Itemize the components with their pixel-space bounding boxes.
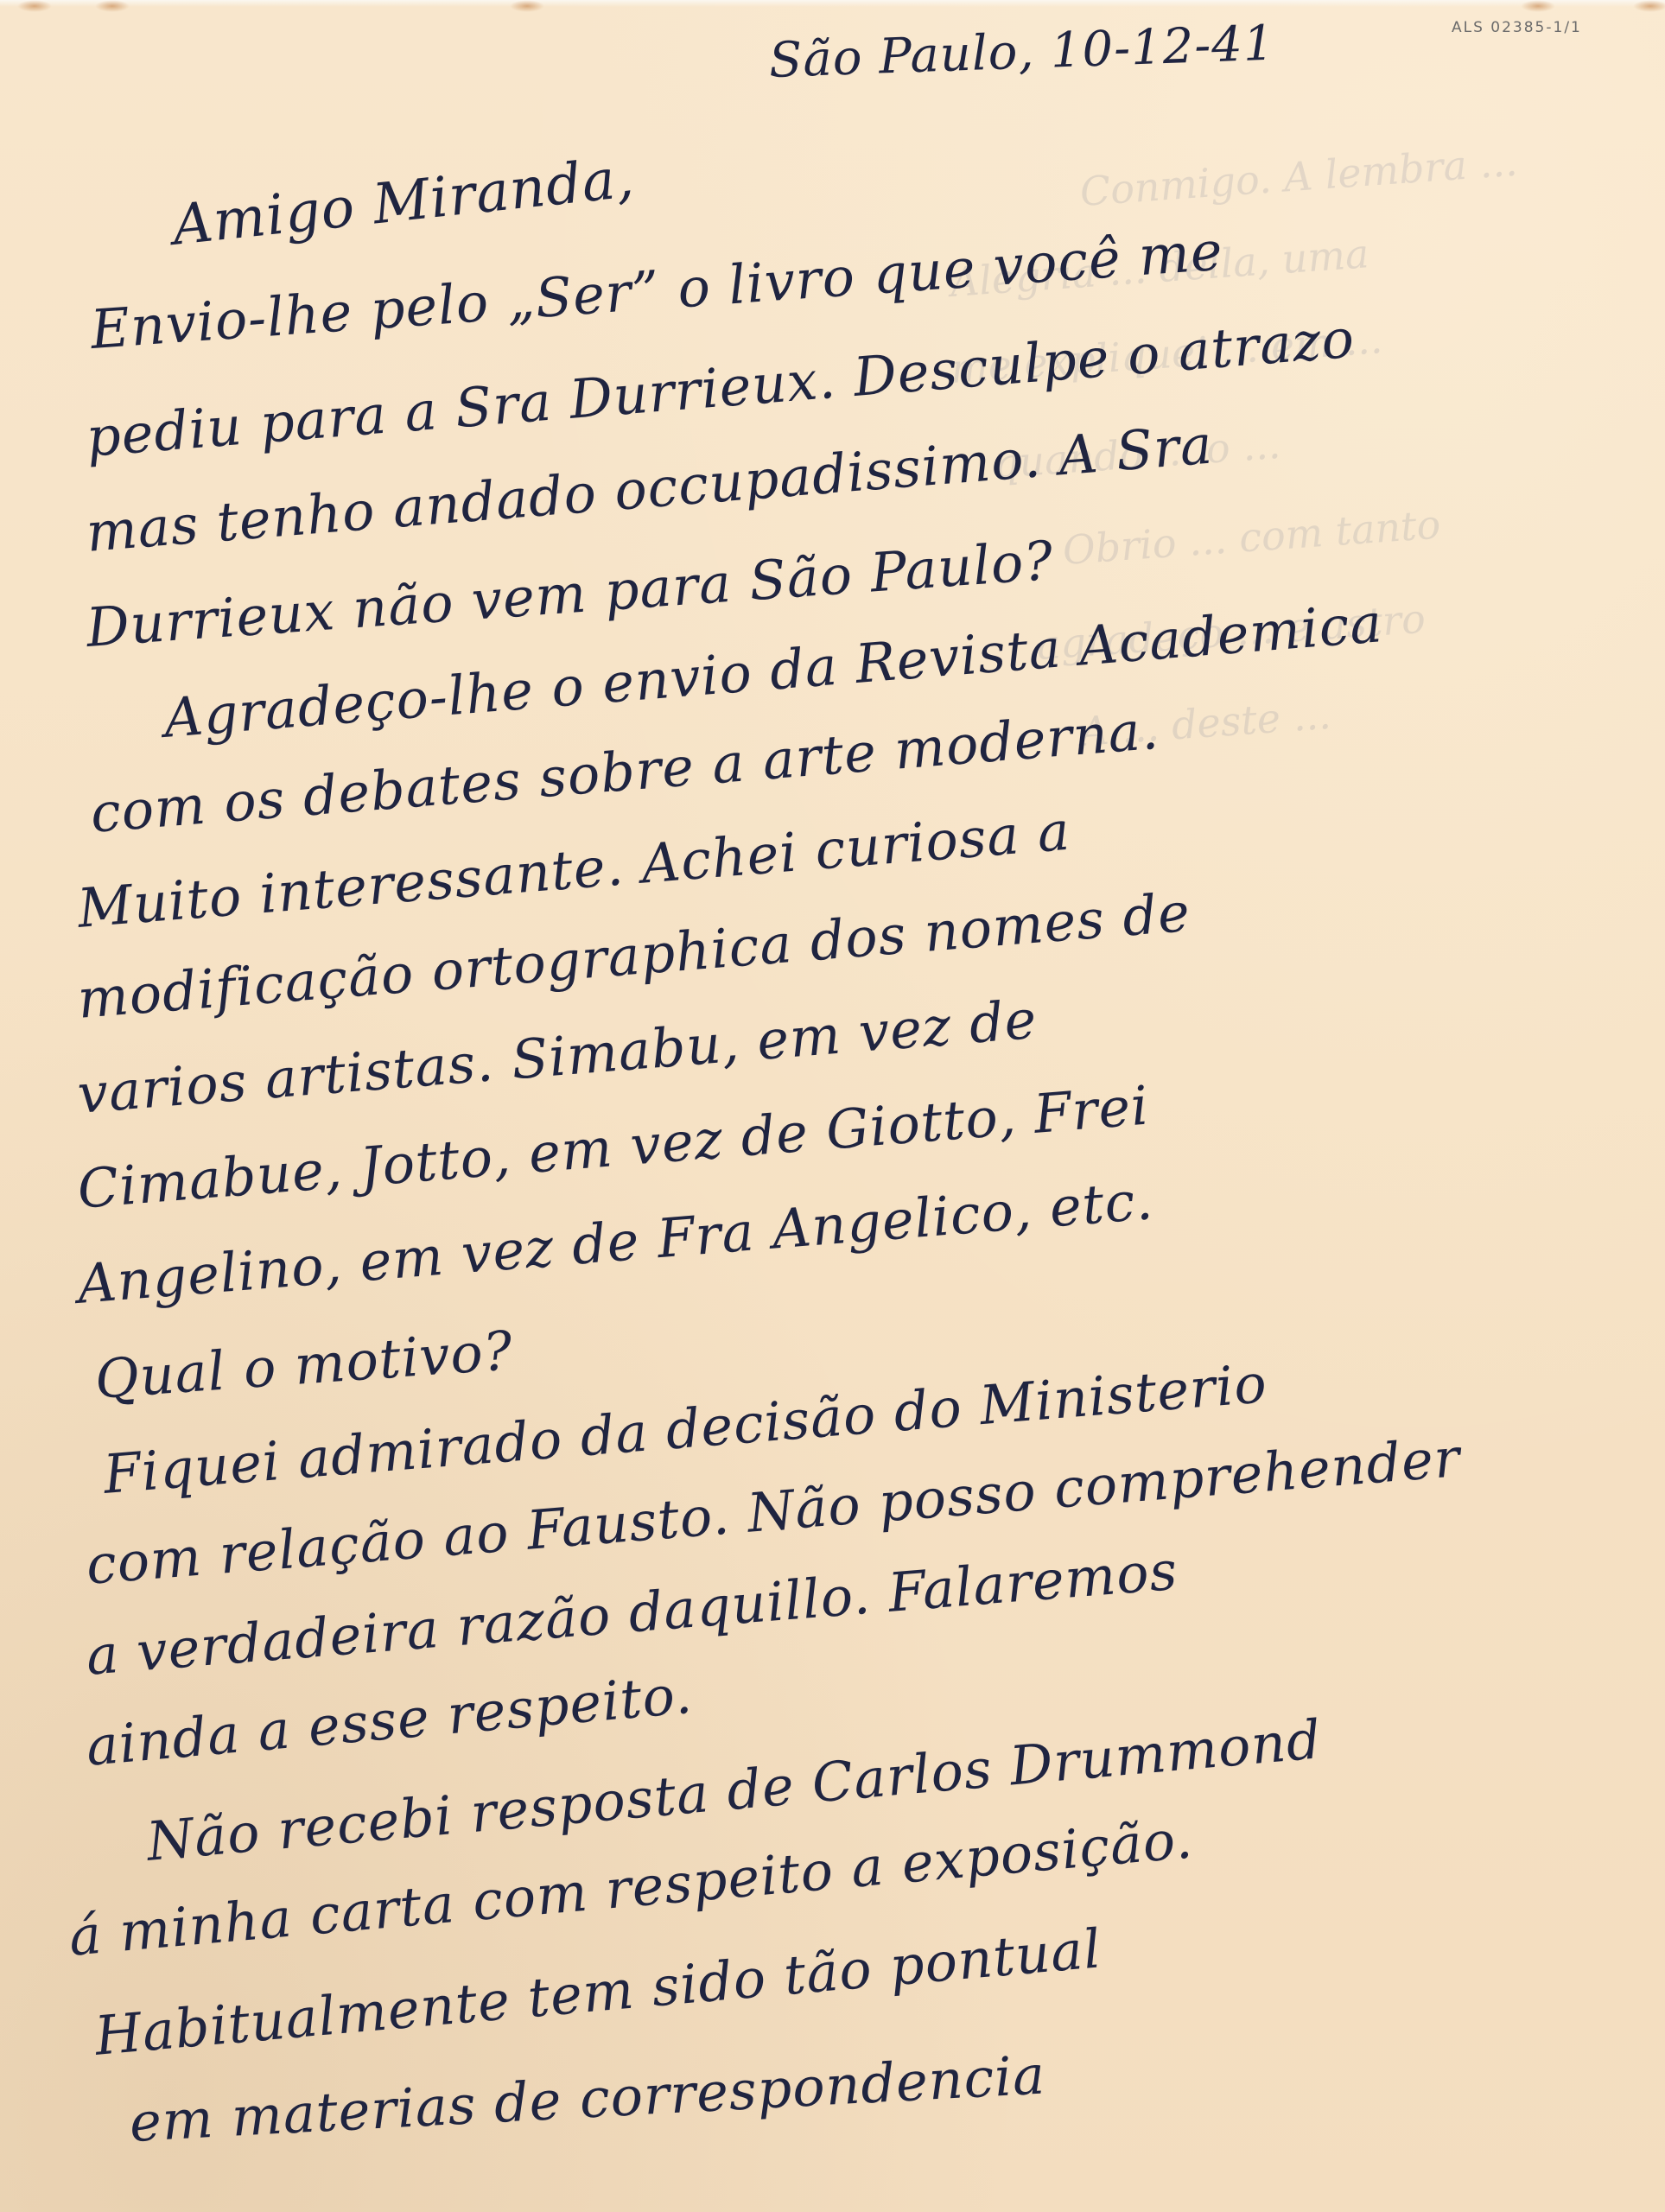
rust-stain — [95, 0, 130, 12]
rust-stain — [1633, 0, 1665, 12]
rust-stain — [17, 0, 52, 12]
rust-stain — [510, 0, 544, 12]
catalog-number: ALS 02385-1/1 — [1452, 19, 1582, 36]
rust-stain — [1521, 0, 1555, 12]
paper-top-edge — [0, 0, 1665, 7]
